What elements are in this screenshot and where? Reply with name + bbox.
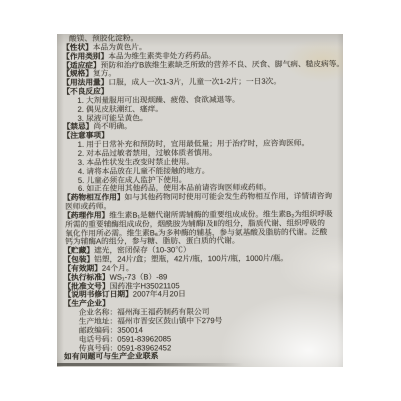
paper-fold-shadow: [57, 363, 251, 366]
insert-lines: 酸镁、预胶化淀粉。【性状】本品为黄色片。【作用类别】本品为维生素类非处方药药品。…: [62, 33, 345, 362]
contact-note: 如有问题可与生产企业联系: [64, 352, 345, 363]
screenshot-root: 酸镁、预胶化淀粉。【性状】本品为黄色片。【作用类别】本品为维生素类非处方药药品。…: [0, 0, 401, 401]
drug-insert-photo: 酸镁、预胶化淀粉。【性状】本品为黄色片。【作用类别】本品为维生素类非处方药药品。…: [57, 34, 343, 367]
